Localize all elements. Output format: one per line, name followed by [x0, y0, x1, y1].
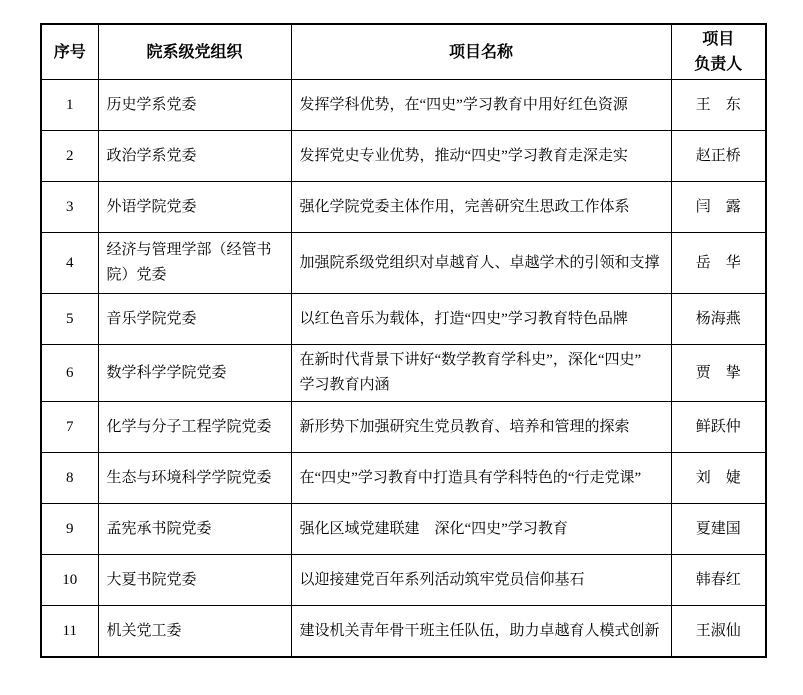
table-row: 9 孟宪承书院党委 强化区域党建联建 深化“四史”学习教育 夏建国 — [41, 504, 766, 555]
cell-leader: 夏建国 — [671, 504, 766, 555]
table-header-row: 序号 院系级党组织 项目名称 项目 负责人 — [41, 24, 766, 80]
cell-index: 5 — [41, 294, 98, 345]
cell-leader: 闫 露 — [671, 182, 766, 233]
cell-project: 发挥党史专业优势，推动“四史”学习教育走深走实 — [291, 131, 671, 182]
table-row: 4 经济与管理学部（经管书 院）党委 加强院系级党组织对卓越育人、卓越学术的引领… — [41, 233, 766, 294]
table-row: 10 大夏书院党委 以迎接建党百年系列活动筑牢党员信仰基石 韩春红 — [41, 555, 766, 606]
table-row: 5 音乐学院党委 以红色音乐为载体，打造“四史”学习教育特色品牌 杨海燕 — [41, 294, 766, 345]
cell-index: 9 — [41, 504, 98, 555]
table-row: 3 外语学院党委 强化学院党委主体作用，完善研究生思政工作体系 闫 露 — [41, 182, 766, 233]
cell-leader: 赵正桥 — [671, 131, 766, 182]
cell-index: 4 — [41, 233, 98, 294]
cell-org: 外语学院党委 — [98, 182, 291, 233]
cell-org: 数学科学学院党委 — [98, 345, 291, 402]
cell-org: 政治学系党委 — [98, 131, 291, 182]
cell-project: 强化学院党委主体作用，完善研究生思政工作体系 — [291, 182, 671, 233]
cell-org: 孟宪承书院党委 — [98, 504, 291, 555]
cell-project: 新形势下加强研究生党员教育、培养和管理的探索 — [291, 402, 671, 453]
table-row: 7 化学与分子工程学院党委 新形势下加强研究生党员教育、培养和管理的探索 鲜跃仲 — [41, 402, 766, 453]
cell-project: 以红色音乐为载体，打造“四史”学习教育特色品牌 — [291, 294, 671, 345]
cell-project: 在“四史”学习教育中打造具有学科特色的“行走党课” — [291, 453, 671, 504]
cell-index: 1 — [41, 80, 98, 131]
cell-org: 机关党工委 — [98, 606, 291, 658]
table-row: 2 政治学系党委 发挥党史专业优势，推动“四史”学习教育走深走实 赵正桥 — [41, 131, 766, 182]
cell-index: 2 — [41, 131, 98, 182]
cell-project: 在新时代背景下讲好“数学教育学科史”，深化“四史” 学习教育内涵 — [291, 345, 671, 402]
cell-index: 11 — [41, 606, 98, 658]
header-index: 序号 — [41, 24, 98, 80]
header-org: 院系级党组织 — [98, 24, 291, 80]
cell-leader: 杨海燕 — [671, 294, 766, 345]
cell-leader: 鲜跃仲 — [671, 402, 766, 453]
table-row: 11 机关党工委 建设机关青年骨干班主任队伍，助力卓越育人模式创新 王淑仙 — [41, 606, 766, 658]
project-table: 序号 院系级党组织 项目名称 项目 负责人 1 历史学系党委 发挥学科优势，在“… — [40, 23, 767, 658]
cell-leader: 王淑仙 — [671, 606, 766, 658]
cell-index: 8 — [41, 453, 98, 504]
cell-project: 以迎接建党百年系列活动筑牢党员信仰基石 — [291, 555, 671, 606]
header-project: 项目名称 — [291, 24, 671, 80]
cell-project: 发挥学科优势，在“四史”学习教育中用好红色资源 — [291, 80, 671, 131]
cell-org: 化学与分子工程学院党委 — [98, 402, 291, 453]
cell-leader: 王 东 — [671, 80, 766, 131]
cell-project: 加强院系级党组织对卓越育人、卓越学术的引领和支撑 — [291, 233, 671, 294]
cell-org: 生态与环境科学学院党委 — [98, 453, 291, 504]
cell-index: 6 — [41, 345, 98, 402]
cell-index: 10 — [41, 555, 98, 606]
cell-index: 3 — [41, 182, 98, 233]
cell-org: 历史学系党委 — [98, 80, 291, 131]
cell-org: 音乐学院党委 — [98, 294, 291, 345]
cell-org: 大夏书院党委 — [98, 555, 291, 606]
cell-project: 强化区域党建联建 深化“四史”学习教育 — [291, 504, 671, 555]
table-row: 8 生态与环境科学学院党委 在“四史”学习教育中打造具有学科特色的“行走党课” … — [41, 453, 766, 504]
table-row: 1 历史学系党委 发挥学科优势，在“四史”学习教育中用好红色资源 王 东 — [41, 80, 766, 131]
cell-index: 7 — [41, 402, 98, 453]
cell-project: 建设机关青年骨干班主任队伍，助力卓越育人模式创新 — [291, 606, 671, 658]
cell-leader: 贾 挚 — [671, 345, 766, 402]
cell-org: 经济与管理学部（经管书 院）党委 — [98, 233, 291, 294]
cell-leader: 岳 华 — [671, 233, 766, 294]
cell-leader: 刘 婕 — [671, 453, 766, 504]
document-page: 序号 院系级党组织 项目名称 项目 负责人 1 历史学系党委 发挥学科优势，在“… — [0, 0, 803, 658]
header-leader: 项目 负责人 — [671, 24, 766, 80]
table-row: 6 数学科学学院党委 在新时代背景下讲好“数学教育学科史”，深化“四史” 学习教… — [41, 345, 766, 402]
cell-leader: 韩春红 — [671, 555, 766, 606]
